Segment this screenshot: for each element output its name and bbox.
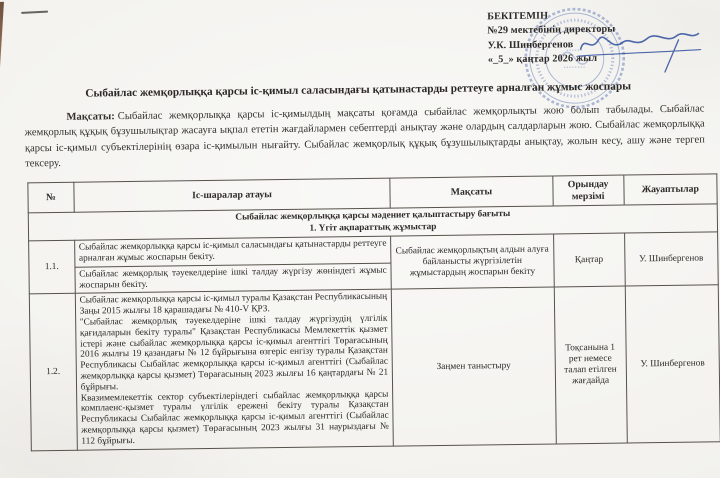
approval-director-name-row: У.К. Шинбергенов <box>488 36 713 53</box>
pen-mark <box>21 11 48 14</box>
purpose-text: Сыбайлас жемқорлыққа қарсы іс-қимылдың м… <box>25 103 705 169</box>
scanned-document-page: БЕКІТЕМІН №29 мектебінің директоры У.К. … <box>0 0 720 478</box>
activity-cell: Сыбайлас жемқорлыққа қарсы іс-қимыл сала… <box>74 236 391 267</box>
col-header-purpose: Мақсаты <box>390 176 553 208</box>
col-header-activity: Іс-шаралар атауы <box>74 178 391 212</box>
col-header-responsible: Жауаптылар <box>623 174 717 205</box>
purpose-paragraph: Мақсаты:Сыбайлас жемқорлыққа қарсы іс-қи… <box>24 101 705 171</box>
approval-block: БЕКІТЕМІН №29 мектебінің директоры У.К. … <box>487 7 713 68</box>
row-number-cell: 1.2. <box>29 294 77 451</box>
approval-date-line: «_5_» қаңтар 2026 жыл <box>488 51 713 68</box>
deadline-cell: Тоқсанына 1 рет немесе талап етілген жағ… <box>554 286 627 443</box>
activity-paragraph: Квазимемлекеттік сектор субъектілеріндег… <box>81 389 389 447</box>
row-number-cell: 1.1. <box>29 240 75 294</box>
responsible-cell: У. Шинбергенов <box>625 285 720 442</box>
col-header-deadline: Орындау мерзімі <box>552 175 623 206</box>
col-header-number: № <box>28 182 74 213</box>
document-title: Сыбайлас жемқорлыққа қарсы іс-қимыл сала… <box>8 79 708 100</box>
plan-table: № Іс-шаралар атауы Мақсаты Орындау мерзі… <box>27 173 720 451</box>
purpose-cell: Сыбайлас жемқорлықтың алдын алуға байлан… <box>391 234 554 289</box>
table-row: 1.2. Сыбайлас жемқорлыққа қарсы іс-қимыл… <box>29 285 720 450</box>
purpose-label: Мақсаты: <box>66 111 114 123</box>
scan-tilt-wrapper: БЕКІТЕМІН №29 мектебінің директоры У.К. … <box>0 0 720 478</box>
deadline-cell: Қаңтар <box>553 233 625 287</box>
responsible-cell: У. Шинбергенов <box>624 232 718 286</box>
activity-cell: Сыбайлас жемқорлыққа қарсы іс-қимыл тура… <box>75 289 394 449</box>
purpose-cell: Заңмен таныстыру <box>392 287 556 445</box>
activity-paragraph: "Сыбайлас жемқорлық тәуекелдеріне ішкі т… <box>80 314 389 394</box>
approval-director-name: У.К. Шинбергенов <box>488 39 574 51</box>
activity-cell: Сыбайлас жемқорлық тәуекелдеріне ішкі та… <box>75 263 392 294</box>
scan-edge-artifact <box>0 2 5 80</box>
